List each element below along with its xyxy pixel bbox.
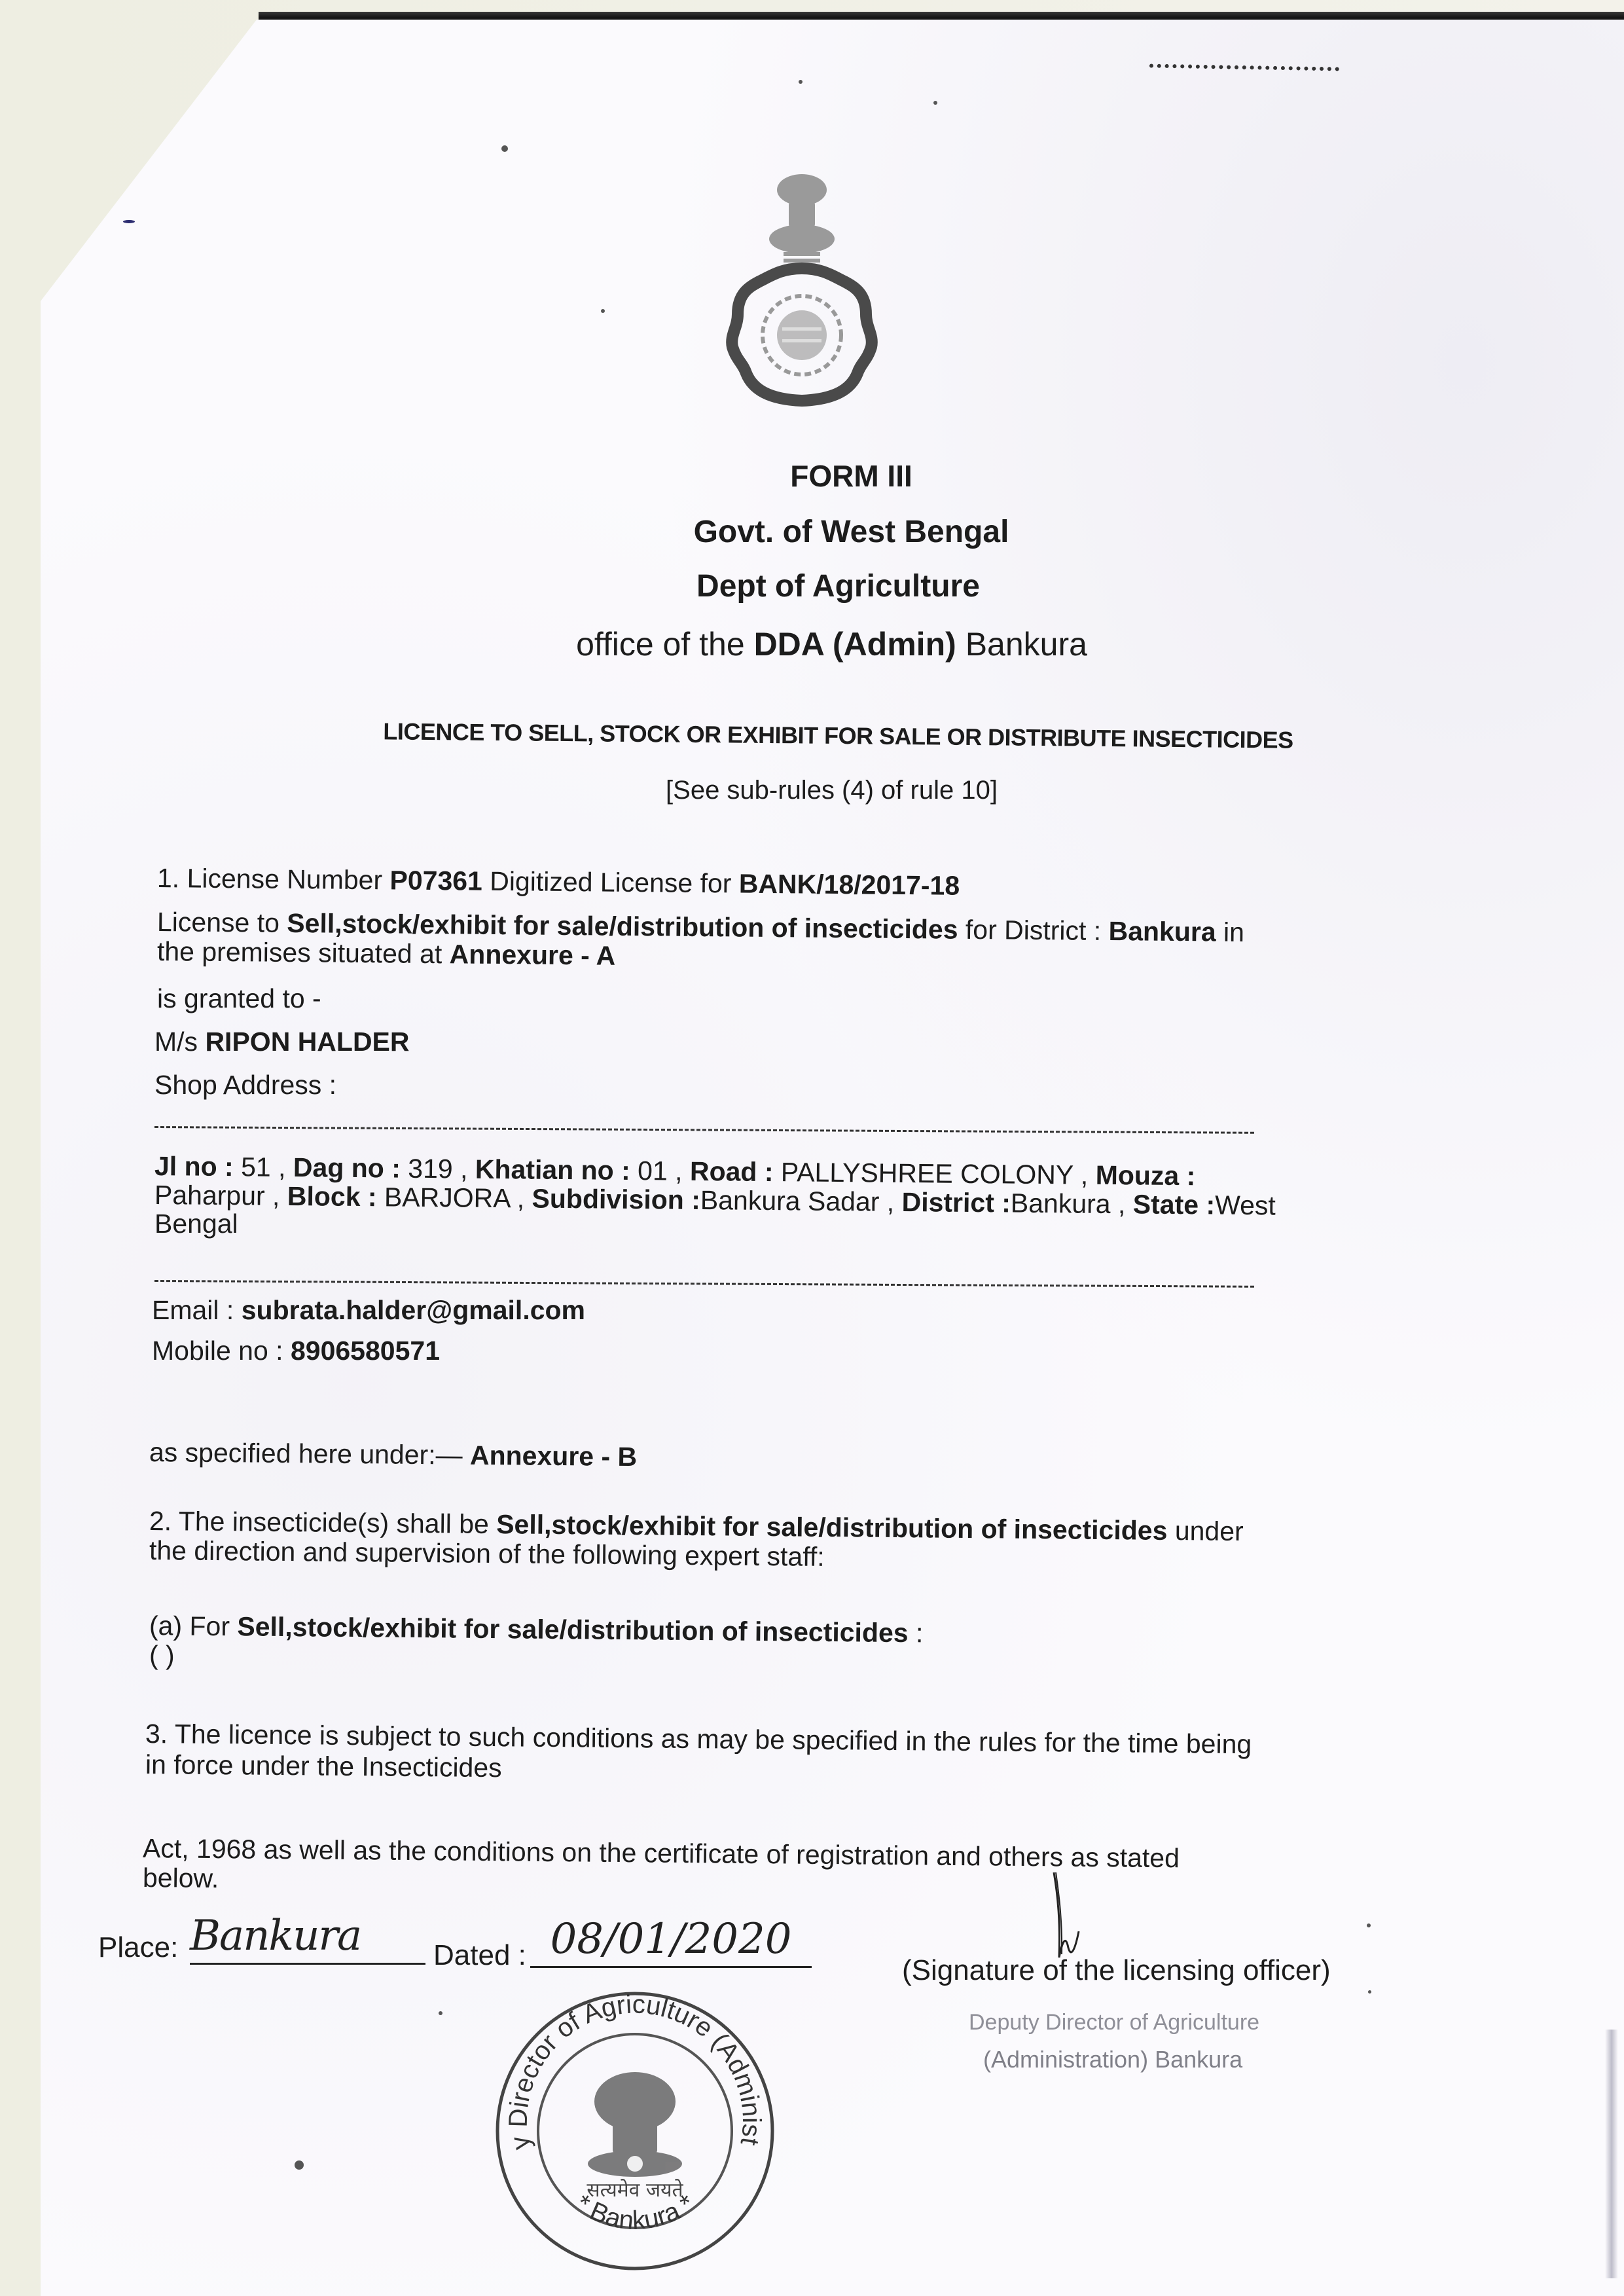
item-a-activity: Sell,stock/exhibit for sale/distribution… <box>237 1611 909 1648</box>
khatian-no: 01 <box>638 1156 668 1186</box>
scan-speck <box>123 220 135 223</box>
scan-speck <box>1367 1923 1371 1927</box>
seal-motto: सत्यमेव जयते <box>586 2179 683 2202</box>
government-name: Govt. of West Bengal <box>39 514 1624 550</box>
ashoka-emblem-icon <box>588 2072 682 2177</box>
premises-line: the premises situated at Annexure - A <box>157 936 616 972</box>
department-name: Dept of Agriculture <box>26 568 1624 604</box>
item-a-prefix: (a) For <box>149 1611 230 1641</box>
mouza-label: Mouza : <box>1095 1160 1195 1191</box>
licence-title: LICENCE TO SELL, STOCK OR EXHIBIT FOR SA… <box>26 714 1624 757</box>
section2-line-2: the direction and supervision of the fol… <box>149 1535 825 1573</box>
khatian-label: Khatian no : <box>475 1154 630 1186</box>
dag-no: 319 <box>408 1154 453 1184</box>
subdivision-value: Bankura Sadar <box>700 1185 880 1217</box>
dag-label: Dag no : <box>293 1152 401 1184</box>
west-bengal-emblem-icon <box>723 164 880 412</box>
licence-subrule: [See sub-rules (4) of rule 10] <box>20 776 1624 805</box>
form-title: FORM III <box>39 458 1624 494</box>
scan-speck <box>501 145 508 152</box>
email-label: Email : <box>152 1295 234 1325</box>
premises-value: Annexure - A <box>449 939 615 970</box>
section3-line-2: in force under the Insecticides <box>145 1749 502 1783</box>
place-value-handwritten: Bankura <box>190 1912 425 1965</box>
scan-speck <box>295 2160 304 2170</box>
address-district-value: Bankura <box>1011 1188 1111 1219</box>
address-divider-bottom <box>154 1280 1254 1288</box>
officer-designation-line-2: (Administration) Bankura <box>983 2046 1242 2073</box>
shop-address-label: Shop Address : <box>154 1070 336 1101</box>
specified-text: as specified here under:— <box>149 1437 463 1470</box>
official-seal-icon: Deputy Director of Agriculture (Administ… <box>484 1977 785 2278</box>
mouza-value: Paharpur <box>154 1180 265 1211</box>
section2-item-a: (a) For Sell,stock/exhibit for sale/dist… <box>149 1611 924 1649</box>
jl-no: 51 <box>241 1152 271 1182</box>
office-name: office of the DDA (Admin) Bankura <box>20 625 1624 663</box>
subdivision-label: Subdivision : <box>532 1184 700 1215</box>
specified-line: as specified here under:— Annexure - B <box>149 1437 638 1472</box>
email-line: Email : subrata.halder@gmail.com <box>152 1295 585 1326</box>
district-value: Bankura <box>1108 916 1216 947</box>
mobile-label: Mobile no : <box>152 1336 283 1366</box>
block-value: BARJORA <box>384 1182 510 1213</box>
district-label: for District : <box>965 915 1102 946</box>
scan-speck <box>933 101 937 105</box>
granted-to-label: is granted to - <box>157 983 321 1014</box>
license-number-line: 1. License Number P07361 Digitized Licen… <box>157 863 960 902</box>
state-value-part1: West <box>1215 1190 1276 1221</box>
mobile-line: Mobile no : 8906580571 <box>152 1336 440 1366</box>
digitized-ref: BANK/18/2017-18 <box>739 869 960 901</box>
office-bold: DDA (Admin) <box>754 626 956 663</box>
address-district-label: District : <box>901 1187 1011 1218</box>
place-label: Place: <box>98 1931 178 1964</box>
license-number: P07361 <box>389 865 482 896</box>
license-to-label: License to <box>157 907 280 938</box>
scan-speck <box>799 80 803 84</box>
license-number-label: 1. License Number <box>157 863 383 895</box>
officer-designation-line-1: Deputy Director of Agriculture <box>969 2010 1259 2035</box>
address-divider-top <box>154 1126 1254 1134</box>
premises-label: the premises situated at <box>157 936 442 969</box>
licence-document: FORM III Govt. of West Bengal Dept of Ag… <box>0 0 1624 2296</box>
item-a-suffix: : <box>916 1618 924 1648</box>
jl-label: Jl no : <box>154 1151 234 1182</box>
road-value: PALLYSHREE COLONY <box>781 1157 1074 1190</box>
scan-speck <box>601 309 605 313</box>
section2-suffix: under <box>1175 1516 1244 1546</box>
mobile-value: 8906580571 <box>291 1336 440 1366</box>
road-label: Road : <box>690 1156 774 1187</box>
block-label: Block : <box>287 1181 377 1212</box>
scan-speck <box>439 2011 442 2015</box>
office-prefix: office of the <box>576 626 745 663</box>
section2-prefix: 2. The insecticide(s) shall be <box>149 1506 489 1539</box>
state-label: State : <box>1133 1189 1216 1220</box>
address-line-3: Bengal <box>154 1209 238 1239</box>
dated-value-handwritten: 08/01/2020 <box>530 1915 812 1968</box>
licensee-line: M/s RIPON HALDER <box>154 1027 410 1057</box>
officer-signature-icon <box>1046 1869 1085 1967</box>
licensee-name: RIPON HALDER <box>205 1027 409 1057</box>
ms-prefix: M/s <box>154 1027 198 1057</box>
scan-speck <box>1368 1990 1371 1994</box>
annexure-b: Annexure - B <box>470 1440 638 1472</box>
signature-label: (Signature of the licensing officer) <box>902 1954 1331 1987</box>
dated-label: Dated : <box>433 1939 526 1972</box>
email-value: subrata.halder@gmail.com <box>242 1295 585 1325</box>
item-a-value: ( ) <box>149 1640 175 1671</box>
office-suffix: Bankura <box>965 626 1087 663</box>
digitized-label: Digitized License for <box>490 866 732 899</box>
section3-line-3: Act, 1968 as well as the conditions on t… <box>143 1833 1180 1874</box>
section3-line-4: below. <box>143 1863 219 1894</box>
line-suffix: in <box>1223 917 1244 947</box>
